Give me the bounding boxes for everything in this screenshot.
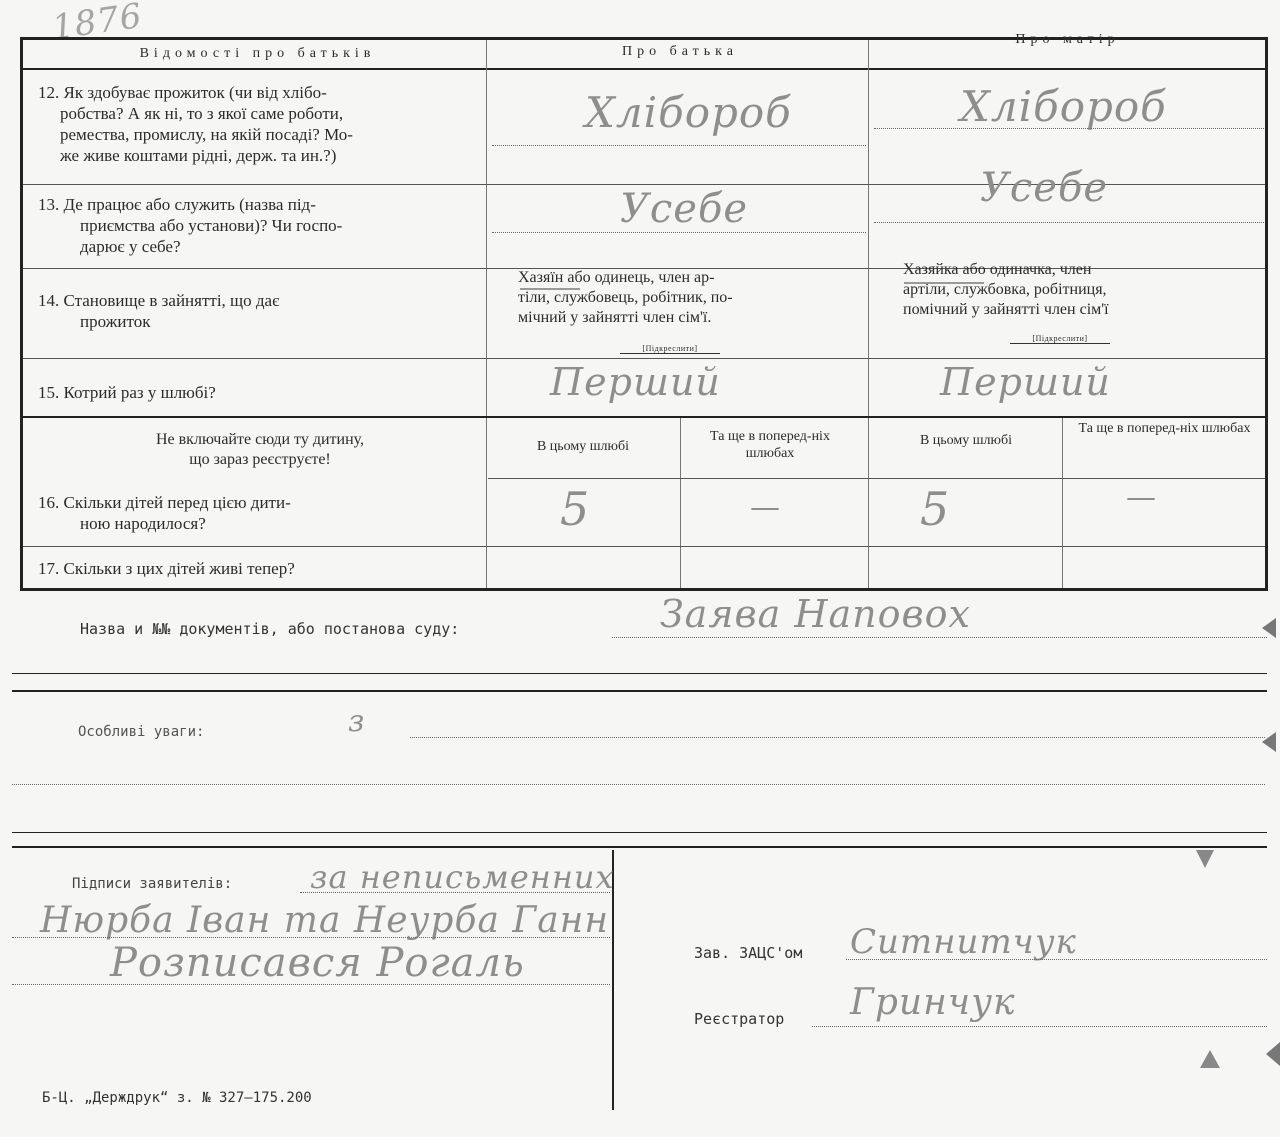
section-line xyxy=(12,846,1267,848)
q13-line2: приємства або установи)? Чи госпо- xyxy=(38,215,486,236)
mother-option-line1: Хазяйка або одиначка, член xyxy=(903,260,1238,280)
q16-line2: ною народилося? xyxy=(38,513,486,534)
q13-line1: 13. Де працює або служить (назва під- xyxy=(38,194,486,215)
documents-line xyxy=(612,637,1267,638)
subcol-divider xyxy=(680,418,681,588)
row-divider xyxy=(23,546,1265,547)
dotline xyxy=(492,145,866,146)
q13-line3: дарює у себе? xyxy=(38,236,486,257)
row-16-mother-this-value: 5 xyxy=(920,482,950,536)
header-col-father: Про батька xyxy=(490,44,870,60)
documents-label: Назва и №№ документів, або постанова суд… xyxy=(80,620,459,638)
row-16-question: 16. Скільки дітей перед цією дити- ною н… xyxy=(38,492,486,534)
remarks-line-2 xyxy=(12,784,1265,785)
subheader-mother-this-marriage: В цьому шлюбі xyxy=(872,432,1060,449)
row-12-mother-answer: Хлібороб xyxy=(960,82,1167,131)
row-12-father-answer: Хлібороб xyxy=(585,88,792,137)
documents-value[interactable]: Заява Наповох xyxy=(660,592,971,636)
registrar-label: Реєстратор xyxy=(694,1010,784,1028)
dotline xyxy=(492,232,866,233)
registry-head-signature: Ситнитчук xyxy=(850,922,1077,962)
signature-line xyxy=(300,892,610,893)
row-13-mother-answer: Усебе xyxy=(980,165,1108,211)
q16-line1: 16. Скільки дітей перед цією дити- xyxy=(38,492,486,513)
applicants-signature-line2: Нюрба Іван та Неурба Ганн xyxy=(40,900,609,941)
row-14-father-options: Хазяїн або одинець, член ар- тіли, служб… xyxy=(518,268,846,328)
section-line xyxy=(12,690,1267,692)
row-14-mother-instruction: [Підкреслити] xyxy=(1010,334,1110,344)
mother-underline-mark xyxy=(904,282,984,284)
row-16-mother-prev-value: — xyxy=(1126,480,1157,515)
father-underline-mark xyxy=(520,288,580,290)
remarks-value[interactable]: з xyxy=(348,704,365,739)
subheader-divider xyxy=(488,478,1265,479)
signature-line xyxy=(12,984,610,985)
applicants-signature-line3: Розписався Рогаль xyxy=(110,940,525,986)
row-16-note: Не включайте сюди ту дитину, що зараз ре… xyxy=(40,430,480,470)
subheader-father-previous-marriages: Та ще в поперед-ніх шлюбах xyxy=(690,428,850,462)
row-14-question: 14. Становище в зайнятті, що дає прожито… xyxy=(38,290,486,332)
applicants-signature-line1: за неписьменних xyxy=(310,858,615,896)
row-divider xyxy=(23,358,1265,359)
tear-mark-icon xyxy=(1262,732,1276,752)
row-17-question: 17. Скільки з цих дітей живі тепер? xyxy=(38,558,486,579)
row-12-question: 12. Як здобуває прожиток (чи від хлібо- … xyxy=(38,82,486,166)
row-15-mother-answer: Перший xyxy=(940,360,1111,404)
subheader-father-this-marriage: В цьому шлюбі xyxy=(488,438,678,455)
row-15-question: 15. Котрий раз у шлюбі? xyxy=(38,382,486,403)
dotline xyxy=(874,222,1264,223)
row-13-father-answer: Усебе xyxy=(620,186,748,232)
q14-line1: 14. Становище в зайнятті, що дає xyxy=(38,290,486,311)
applicants-signatures-label: Підписи заявителів: xyxy=(72,876,232,892)
father-option-line2: тіли, службовець, робітник, по- xyxy=(518,288,846,308)
row-16-father-prev-value: — xyxy=(750,490,781,525)
row-13-question: 13. Де працює або служить (назва під- пр… xyxy=(38,194,486,257)
tear-mark-icon xyxy=(1266,1042,1280,1066)
section-line xyxy=(12,673,1267,674)
row-16-father-this-value: 5 xyxy=(560,482,590,536)
q12-line4: же живе коштами рідні, держ. та ин.?) xyxy=(38,145,486,166)
header-divider xyxy=(23,68,1265,70)
row-divider xyxy=(23,416,1265,418)
col-divider-2 xyxy=(868,40,869,588)
tear-mark-icon xyxy=(1196,850,1214,868)
q12-line3: ремества, промислу, на якій посаді? Мо- xyxy=(38,124,486,145)
remarks-label: Особливі уваги: xyxy=(78,724,204,740)
col-divider-1 xyxy=(486,40,487,588)
row-14-mother-options: Хазяйка або одиначка, член артіли, служб… xyxy=(903,260,1238,320)
note-line2: що зараз реєструєте! xyxy=(40,450,480,470)
printer-imprint: Б-Ц. „Держдрук“ з. № 327—175.200 xyxy=(42,1090,312,1106)
row-14-father-instruction: [Підкреслити] xyxy=(620,344,720,354)
subcol-divider xyxy=(1062,418,1063,588)
registry-head-line xyxy=(846,959,1267,960)
section-line xyxy=(12,832,1267,833)
father-option-line1: Хазяїн або одинець, член ар- xyxy=(518,268,846,288)
father-option-line3: мічний у зайнятті член сім'ї. xyxy=(518,308,846,328)
tear-mark-icon xyxy=(1262,618,1276,638)
subheader-mother-previous-marriages: Та ще в поперед-ніх шлюбах xyxy=(1072,420,1257,437)
dotline xyxy=(874,128,1264,129)
header-col-label: Відомості про батьків xyxy=(30,46,485,62)
note-line1: Не включайте сюди ту дитину, xyxy=(40,430,480,450)
registrar-signature: Гринчук xyxy=(850,982,1016,1023)
header-col-mother: Про матір xyxy=(870,32,1265,48)
q12-line2: робства? А як ні, то з якої саме роботи, xyxy=(38,103,486,124)
registrar-line xyxy=(812,1026,1267,1027)
q14-line2: прожиток xyxy=(38,311,486,332)
tear-mark-icon xyxy=(1200,1050,1220,1068)
row-15-father-answer: Перший xyxy=(550,360,721,404)
q12-line1: 12. Як здобуває прожиток (чи від хлібо- xyxy=(38,82,486,103)
mother-option-line3: помічний у зайнятті член сім'ї xyxy=(903,300,1238,320)
signature-line xyxy=(12,937,610,938)
remarks-line xyxy=(410,737,1265,738)
registry-head-label: Зав. ЗАЦС'ом xyxy=(694,944,802,962)
